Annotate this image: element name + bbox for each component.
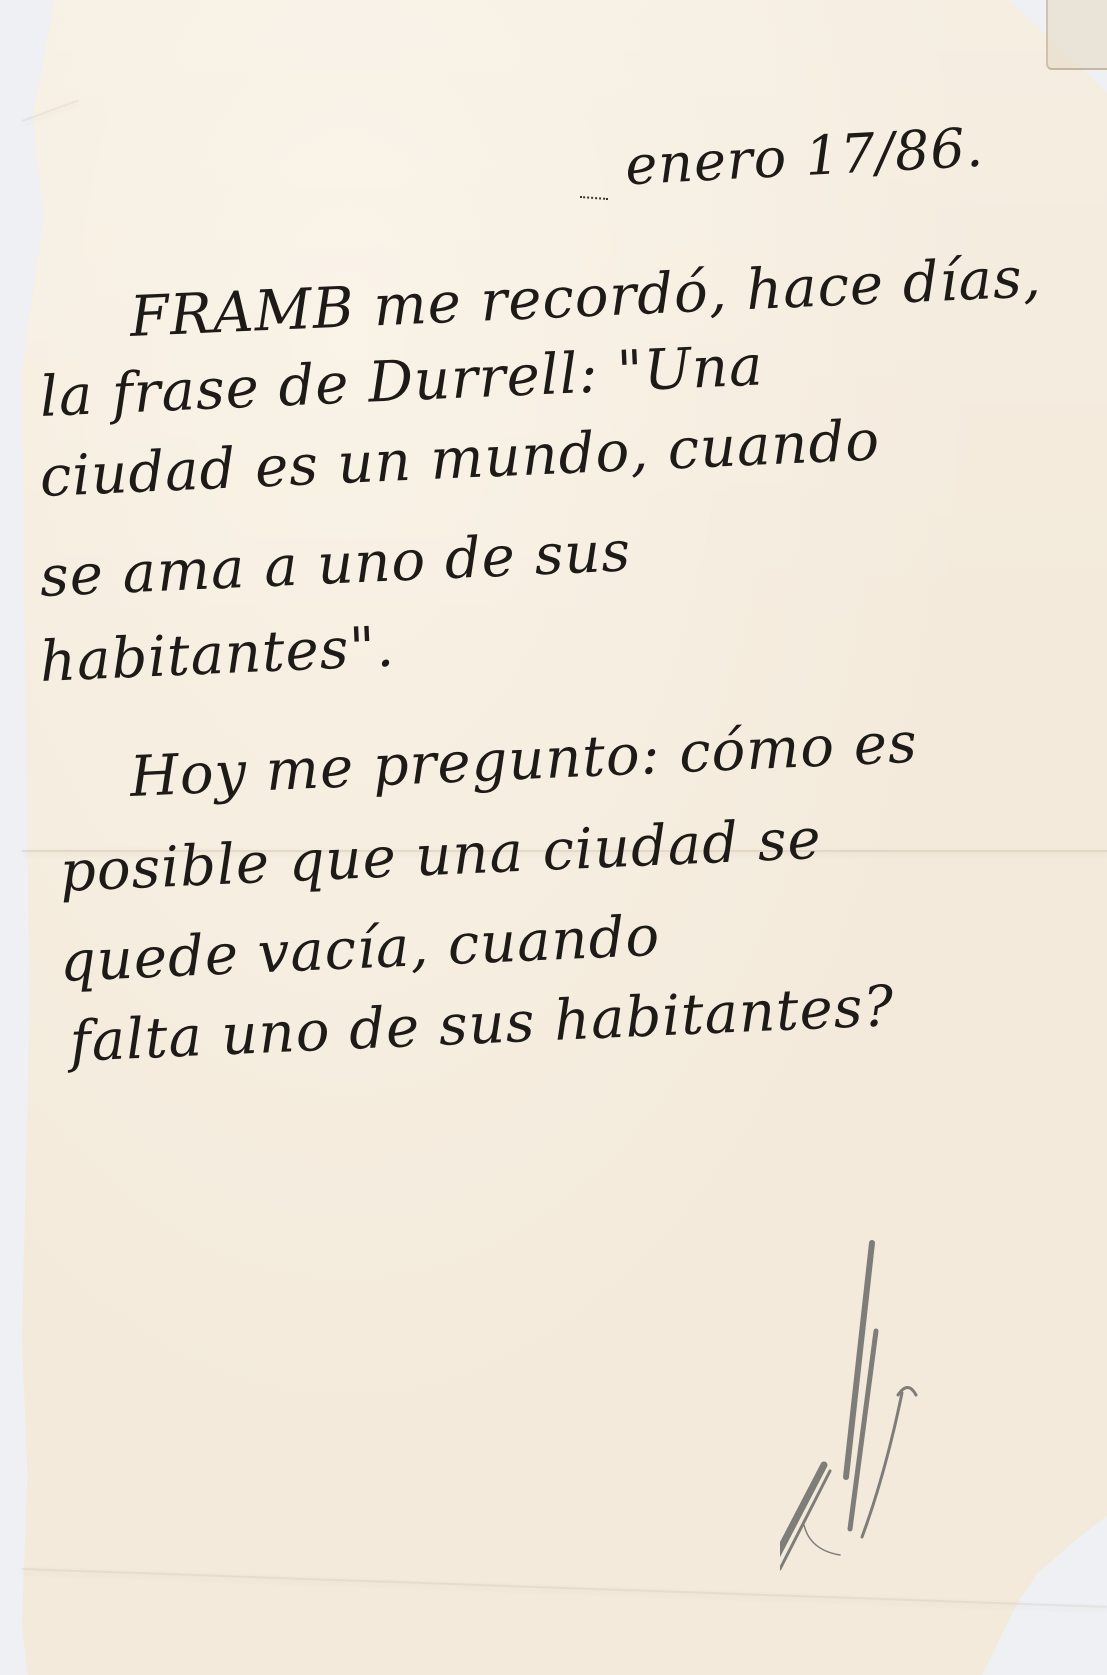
pencil-signature	[780, 1235, 980, 1575]
folded-corner	[1046, 0, 1107, 70]
